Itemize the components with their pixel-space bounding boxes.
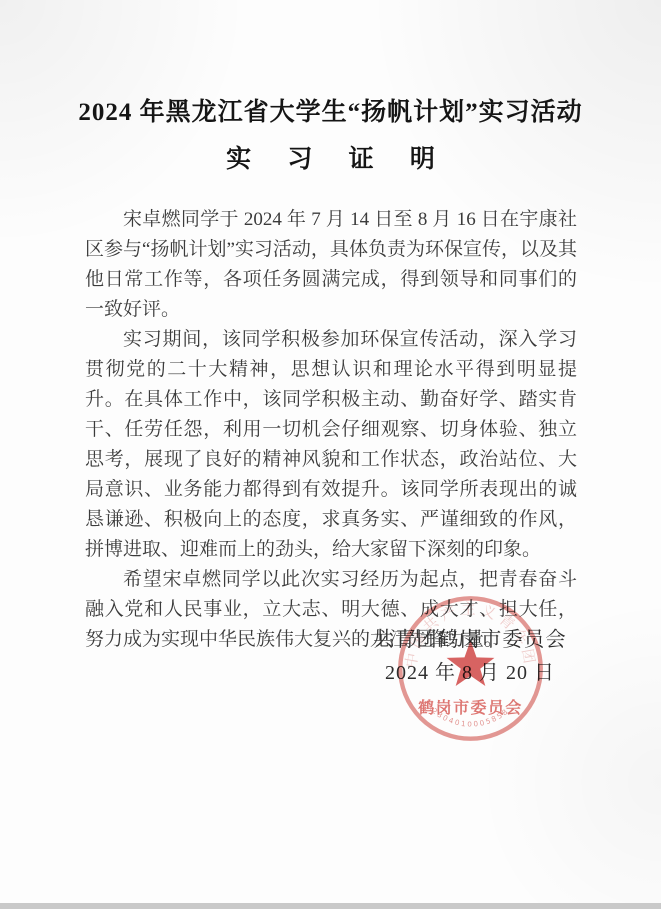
signature-org: 共青团鹤岗市委员会 [352,627,588,653]
seal-code: 2304010005858 [430,706,511,728]
certificate-body: 宋卓燃同学于 2024 年 7 月 14 日至 8 月 16 日在宇康社区参与“… [85,205,577,655]
paragraph-internship-summary: 宋卓燃同学于 2024 年 7 月 14 日至 8 月 16 日在宇康社区参与“… [85,205,577,325]
seal-name: 鹤岗市委员会 [417,698,523,717]
photo-bottom-edge [0,903,661,909]
signature-block: 共青团鹤岗市委员会 2024 年 8 月 20 日 [352,627,588,686]
paragraph-performance-evaluation: 实习期间，该同学积极参加环保宣传活动，深入学习贯彻党的二十大精神，思想认识和理论… [85,325,577,565]
certificate-title: 2024 年黑龙江省大学生“扬帆计划”实习活动 [40,92,621,128]
certificate-page: 2024 年黑龙江省大学生“扬帆计划”实习活动 实 习 证 明 宋卓燃同学于 2… [0,0,661,909]
certificate-subtitle: 实 习 证 明 [0,139,661,175]
signature-date: 2024 年 8 月 20 日 [352,660,588,686]
